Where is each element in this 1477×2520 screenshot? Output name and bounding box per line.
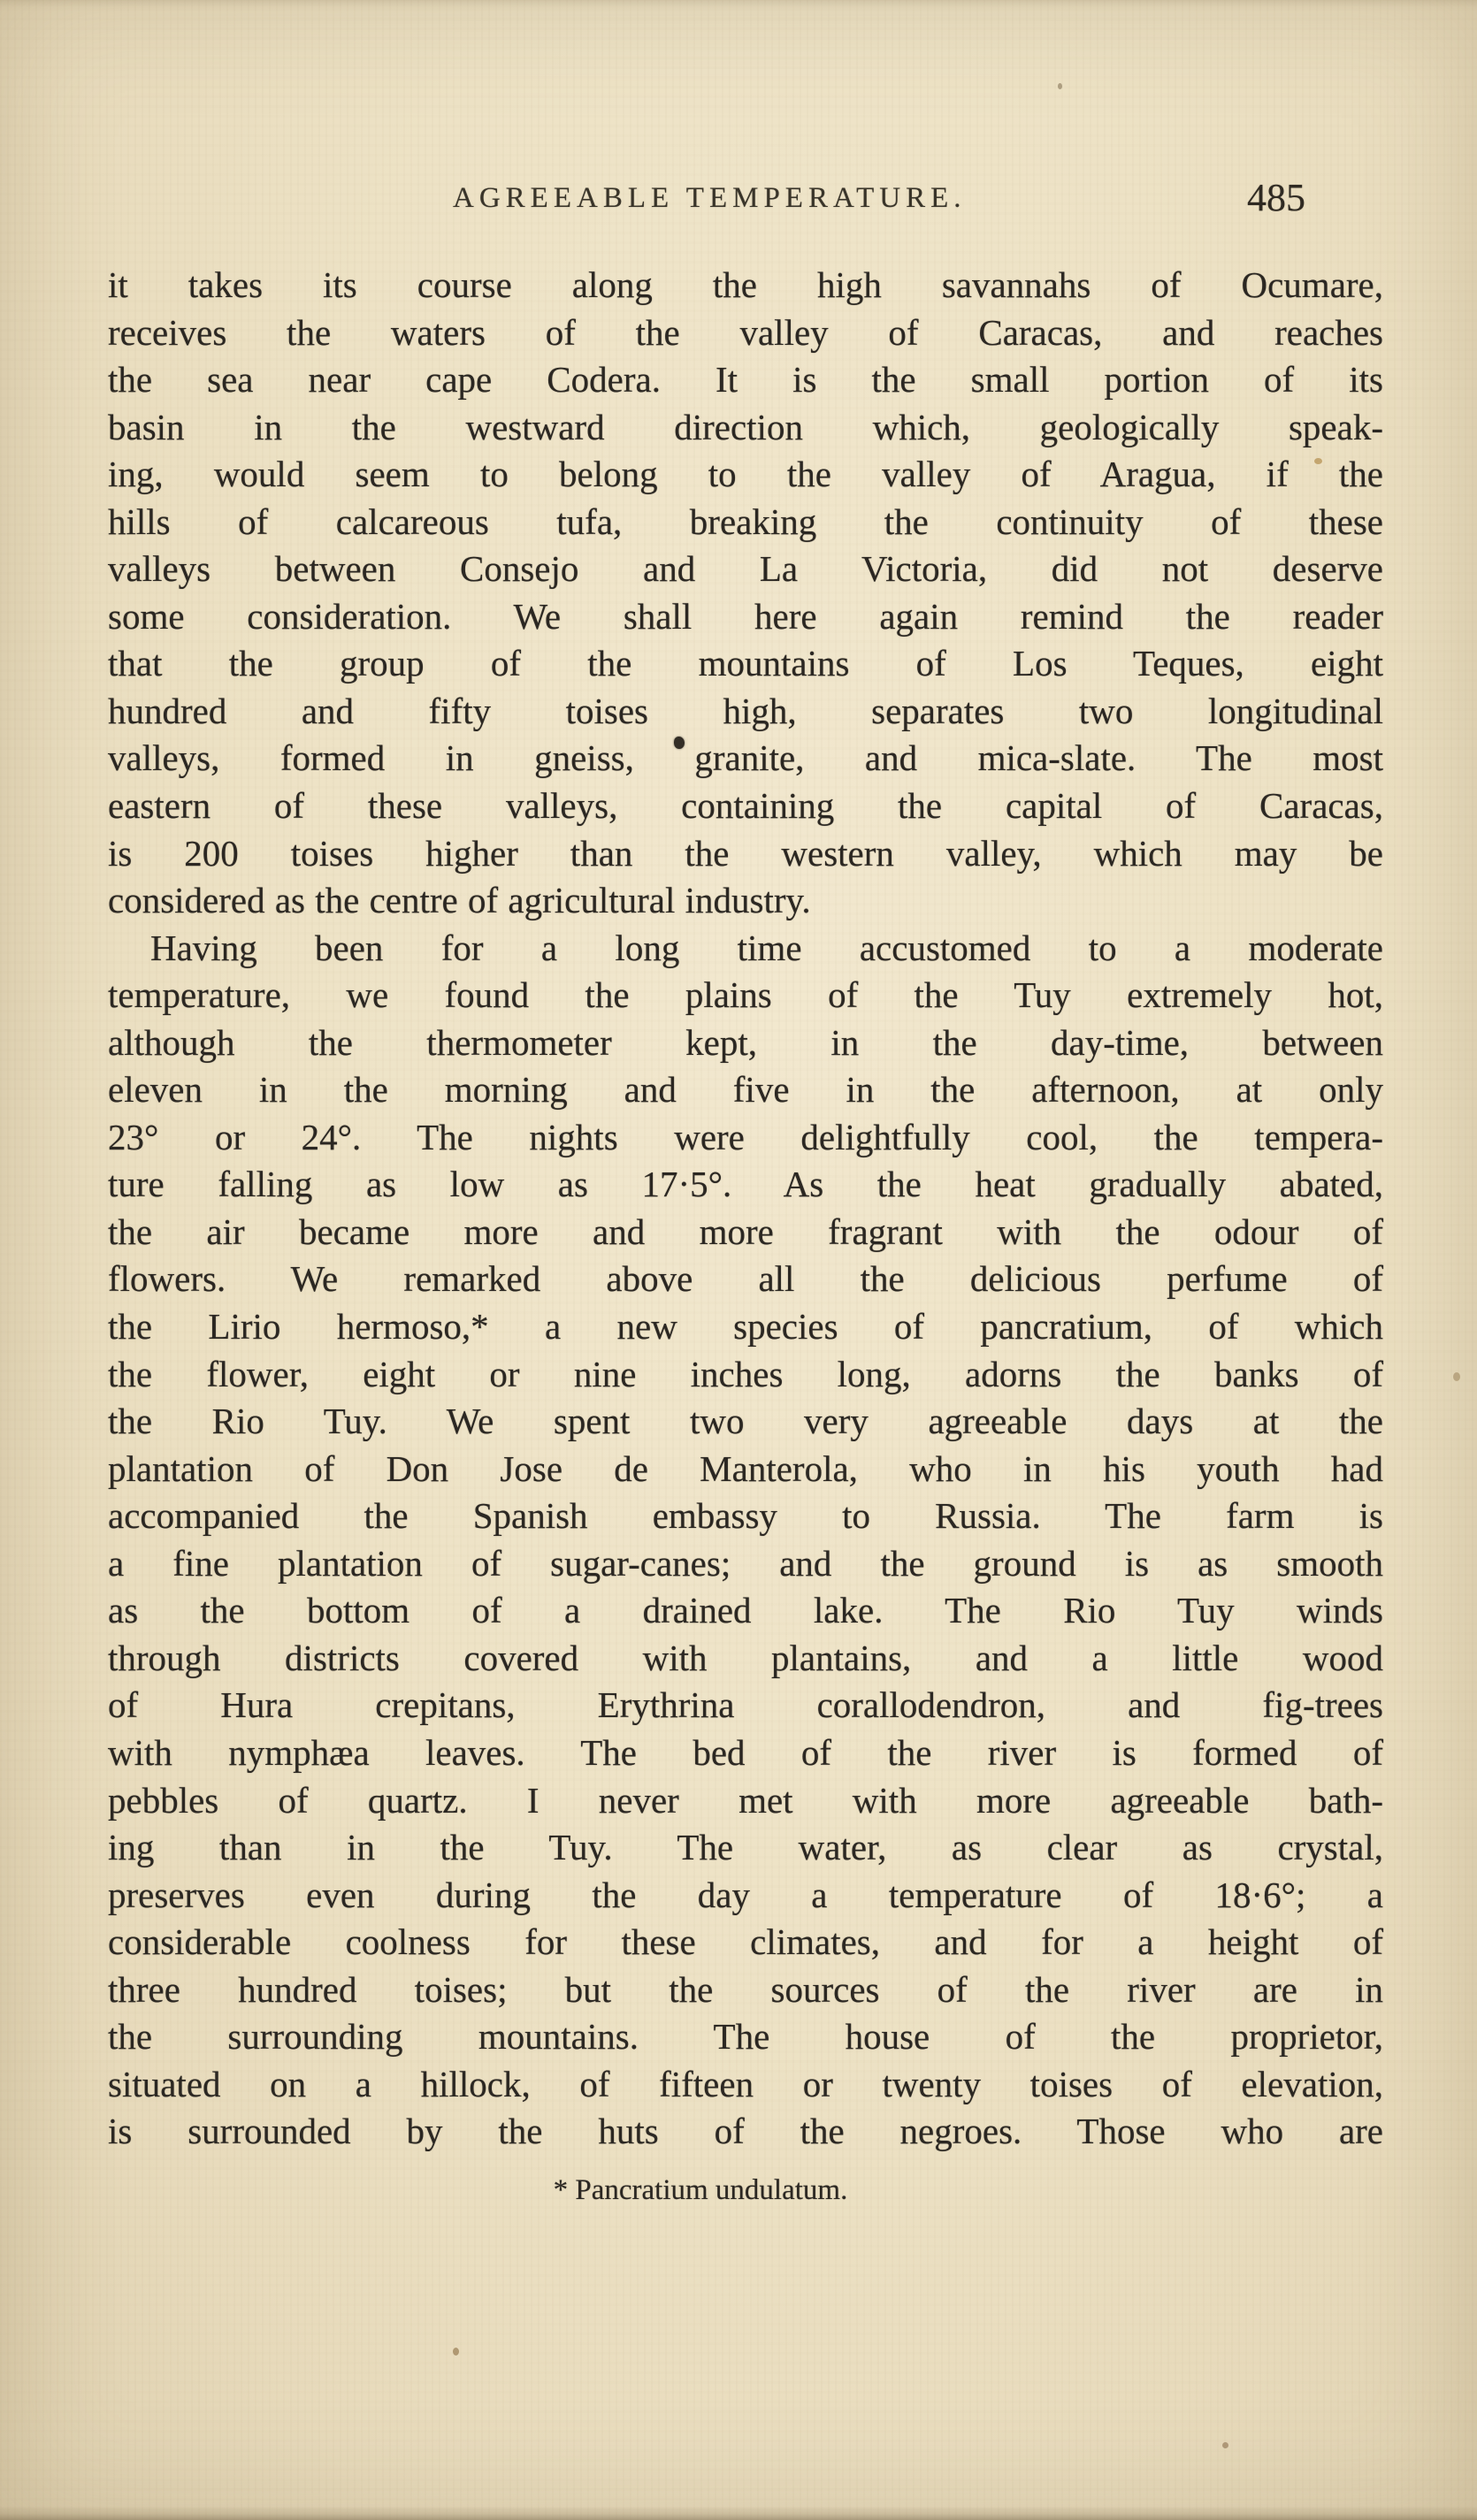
text-line: valleys, formed in gneiss, granite, and … xyxy=(108,735,1383,783)
paper-speck xyxy=(453,2348,459,2356)
text-line: eleven in the morning and five in the af… xyxy=(108,1066,1383,1114)
text-line: considerable coolness for these climates… xyxy=(108,1919,1383,1966)
paper-speck xyxy=(1058,83,1062,89)
paper-speck xyxy=(1222,2442,1228,2448)
text-line: the air became more and more fragrant wi… xyxy=(108,1209,1383,1256)
text-line: the surrounding mountains. The house of … xyxy=(108,2013,1383,2061)
page-top-edge xyxy=(0,0,1477,9)
text-line: valleys between Consejo and La Victoria,… xyxy=(108,546,1383,593)
text-line: temperature, we found the plains of the … xyxy=(108,972,1383,1019)
text-line: although the thermometer kept, in the da… xyxy=(108,1019,1383,1067)
text-line: basin in the westward direction which, g… xyxy=(108,404,1383,452)
text-line: that the group of the mountains of Los T… xyxy=(108,640,1383,688)
paper-speck xyxy=(1453,1372,1460,1381)
text-line: the flower, eight or nine inches long, a… xyxy=(108,1351,1383,1399)
text-line: Having been for a long time accustomed t… xyxy=(108,925,1383,973)
paper-speck xyxy=(1314,458,1322,464)
text-line: pebbles of quartz. I never met with more… xyxy=(108,1777,1383,1825)
text-line: a fine plantation of sugar-canes; and th… xyxy=(108,1540,1383,1588)
text-line: is 200 toises higher than the western va… xyxy=(108,830,1383,878)
text-line: hills of calcareous tufa, breaking the c… xyxy=(108,499,1383,546)
footnote: * Pancratium undulatum. xyxy=(108,2171,1293,2210)
text-line: some consideration. We shall here again … xyxy=(108,593,1383,641)
page-bottom-edge xyxy=(0,2506,1477,2520)
text-line: plantation of Don Jose de Manterola, who… xyxy=(108,1446,1383,1493)
text-line: as the bottom of a drained lake. The Rio… xyxy=(108,1587,1383,1635)
page-number: 485 xyxy=(1247,175,1305,220)
text-line: ture falling as low as 17·5°. As the hea… xyxy=(108,1161,1383,1209)
text-line: 23° or 24°. The nights were delightfully… xyxy=(108,1114,1383,1162)
text-line: three hundred toises; but the sources of… xyxy=(108,1966,1383,2014)
text-line: of Hura crepitans, Erythrina corallodend… xyxy=(108,1682,1383,1730)
text-line: the Rio Tuy. We spent two very agreeable… xyxy=(108,1398,1383,1446)
text-line: the sea near cape Codera. It is the smal… xyxy=(108,356,1383,404)
text-line: with nymphæa leaves. The bed of the rive… xyxy=(108,1730,1383,1777)
text-line: is surrounded by the huts of the negroes… xyxy=(108,2108,1383,2156)
text-line: receives the waters of the valley of Car… xyxy=(108,309,1383,357)
text-block: it takes its course along the high savan… xyxy=(108,262,1383,2156)
ink-blot xyxy=(674,737,685,749)
text-line: it takes its course along the high savan… xyxy=(108,262,1383,309)
running-head: AGREEABLE TEMPERATURE. xyxy=(453,182,967,215)
text-line: ing than in the Tuy. The water, as clear… xyxy=(108,1824,1383,1872)
text-line: eastern of these valleys, containing the… xyxy=(108,783,1383,830)
text-line: ing, would seem to belong to the valley … xyxy=(108,451,1383,499)
book-page: AGREEABLE TEMPERATURE. 485 it takes its … xyxy=(0,0,1477,2520)
text-line: situated on a hillock, of fifteen or twe… xyxy=(108,2061,1383,2109)
text-line: flowers. We remarked above all the delic… xyxy=(108,1256,1383,1303)
text-line: considered as the centre of agricultural… xyxy=(108,877,1383,925)
text-line: through districts covered with plantains… xyxy=(108,1635,1383,1683)
text-line: preserves even during the day a temperat… xyxy=(108,1872,1383,1920)
text-line: hundred and fifty toises high, separates… xyxy=(108,688,1383,736)
text-line: accompanied the Spanish embassy to Russi… xyxy=(108,1493,1383,1540)
text-line: the Lirio hermoso,* a new species of pan… xyxy=(108,1303,1383,1351)
